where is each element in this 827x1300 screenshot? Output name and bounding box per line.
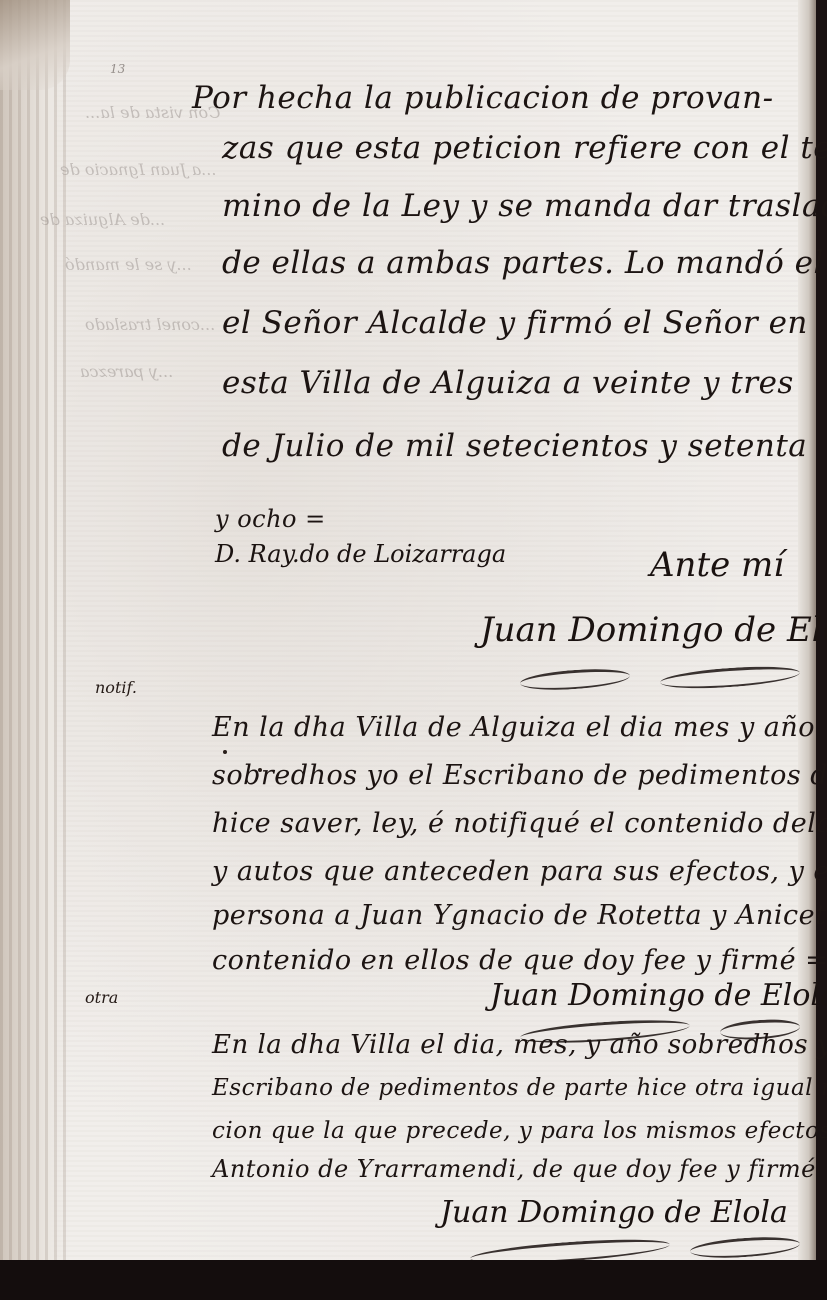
- auto-line-8: y ocho =: [215, 505, 326, 533]
- notif1-line-3: hice saver, ley, é notifiqué el contenid…: [212, 808, 827, 839]
- notif1-line-5: persona a Juan Ygnacio de Rotetta y Anic…: [212, 900, 827, 931]
- bleed-through-line: ...conel traslado: [85, 315, 215, 334]
- margin-note-notificacion: notif.: [95, 678, 137, 697]
- rubric-flourish: [689, 1234, 800, 1261]
- notif1-line-4: y autos que anteceden para sus efectos, …: [212, 856, 827, 887]
- signature-ante-mi: Ante mí: [650, 545, 784, 585]
- scan-background: [0, 1260, 827, 1300]
- bleed-through-line: ...y se le mandó: [65, 255, 192, 274]
- notif2-line-4: Antonio de Yrarramendi, de que doy fee y…: [212, 1155, 827, 1183]
- ink-spot: [258, 768, 262, 772]
- signature-notary-2: Juan Domingo de Elola: [490, 978, 827, 1013]
- notif2-line-2: Escribano de pedimentos de parte hice ot…: [212, 1075, 827, 1101]
- rubric-flourish: [660, 663, 801, 692]
- signature-notary-1: Juan Domingo de Elola: [480, 610, 827, 650]
- auto-line-1: Por hecha la publicacion de provan-: [192, 62, 774, 118]
- notif1-line-1: En la dha Villa de Alguiza el dia mes y …: [212, 712, 815, 743]
- auto-line-6: esta Villa de Alguiza a veinte y tres: [222, 365, 794, 401]
- rubric-flourish: [519, 666, 630, 693]
- auto-line-5: el Señor Alcalde y firmó el Señor en: [222, 305, 808, 341]
- bleed-through-line: ...y parezca: [80, 362, 173, 381]
- bleed-through-line: ...de Alguiza de: [40, 210, 165, 229]
- notif1-line-6: contenido en ellos de que doy fee y firm…: [212, 945, 827, 976]
- auto-line-3: mino de la Ley y se manda dar traslado: [222, 188, 827, 224]
- auto-line-4: de ellas a ambas partes. Lo mandó el: [222, 245, 824, 281]
- notif2-line-1: En la dha Villa el dia, mes, y año sobre…: [212, 1030, 827, 1060]
- signature-notary-3: Juan Domingo de Elola: [440, 1195, 788, 1230]
- notif2-line-3: cion que la que precede, y para los mism…: [212, 1118, 827, 1144]
- manuscript-page: Con vista de la... ...a Juan Ignacio de …: [0, 0, 812, 1262]
- auto-line-7: de Julio de mil setecientos y setenta: [222, 428, 807, 464]
- auto-line-2: zas que esta peticion refiere con el ter…: [222, 130, 827, 166]
- folio-number: 13: [110, 62, 125, 76]
- worn-corner: [0, 0, 70, 90]
- margin-note-otra: otra: [85, 988, 118, 1007]
- signature-alcalde: D. Ray.do de Loizarraga: [215, 540, 506, 568]
- page-stack-edge-left: [0, 0, 70, 1262]
- bleed-through-line: ...a Juan Ignacio de: [60, 160, 216, 179]
- notif1-line-2: sobredhos yo el Escribano de pedimentos …: [212, 760, 827, 791]
- ink-spot: [223, 750, 227, 754]
